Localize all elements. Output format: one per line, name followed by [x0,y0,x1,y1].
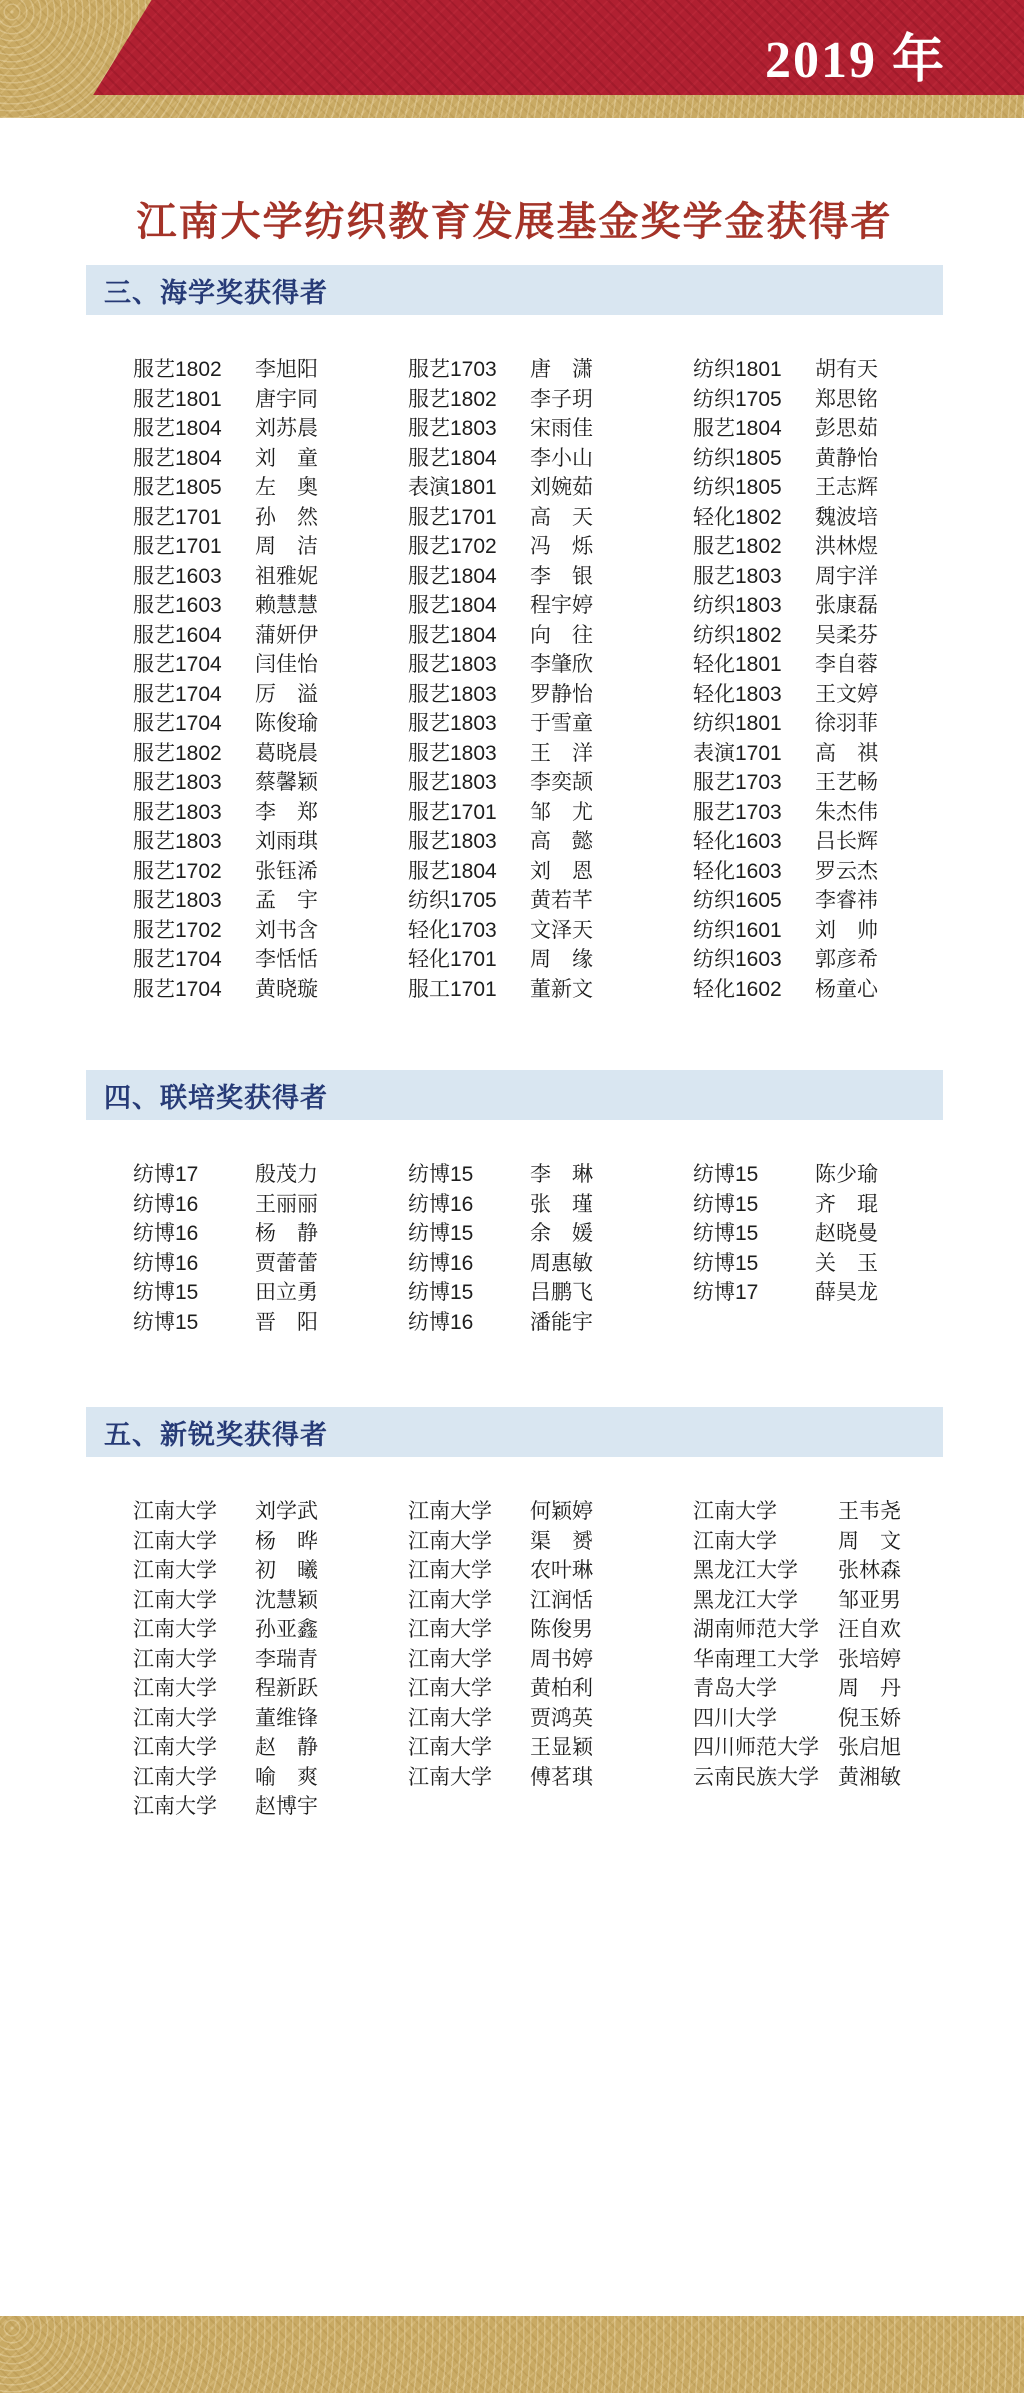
award-column: 纺博15李 琳纺博16张 瑾纺博15余 媛纺博16周惠敏纺博15吕鹏飞纺博16潘… [408,1160,693,1337]
recipient-row: 江南大学王显颖 [408,1733,693,1763]
recipient-row: 华南理工大学张培婷 [693,1645,943,1675]
page-title: 江南大学纺织教育发展基金奖学金获得者 [86,200,943,244]
class-cell: 江南大学 [693,1497,838,1527]
name-cell: 李睿祎 [815,889,878,912]
name-cell: 陈俊瑜 [255,712,318,735]
name-cell: 李 琳 [530,1163,593,1186]
recipient-row: 纺博15齐 琨 [693,1190,943,1220]
recipient-row: 云南民族大学黄湘敏 [693,1763,943,1793]
name-cell: 朱杰伟 [815,801,878,824]
name-cell: 葛晓晨 [255,742,318,765]
recipient-row: 纺博17薛昊龙 [693,1278,943,1308]
award-table-haixue: 服艺1802李旭阳服艺1801唐宇同服艺1804刘苏晨服艺1804刘 童服艺18… [86,355,943,1004]
recipient-row: 纺织1801徐羽菲 [693,709,943,739]
recipient-row: 江南大学何颖婷 [408,1497,693,1527]
name-cell: 刘 恩 [530,860,593,883]
name-cell: 王文婷 [815,683,878,706]
name-cell: 刘 童 [255,447,318,470]
class-cell: 轻化1801 [693,650,815,680]
class-cell: 纺织1805 [693,473,815,503]
name-cell: 汪自欢 [838,1618,901,1641]
recipient-row: 纺织1705黄若芊 [408,886,693,916]
class-cell: 江南大学 [408,1645,530,1675]
recipient-row: 纺织1803张康磊 [693,591,943,621]
class-cell: 服艺1704 [133,680,255,710]
name-cell: 赵 静 [255,1736,318,1759]
name-cell: 闫佳怡 [255,653,318,676]
name-cell: 周 缘 [530,948,593,971]
recipient-row: 服艺1702张钰浠 [133,857,408,887]
name-cell: 徐羽菲 [815,712,878,735]
name-cell: 喻 爽 [255,1766,318,1789]
class-cell: 江南大学 [133,1763,255,1793]
recipient-row: 江南大学程新跃 [133,1674,408,1704]
class-cell: 青岛大学 [693,1674,838,1704]
recipient-row: 轻化1802魏波培 [693,503,943,533]
class-cell: 纺博15 [408,1160,530,1190]
recipient-row: 江南大学贾鸿英 [408,1704,693,1734]
class-cell: 江南大学 [408,1586,530,1616]
name-cell: 刘 帅 [815,919,878,942]
name-cell: 渠 赟 [530,1530,593,1553]
name-cell: 洪林煜 [815,535,878,558]
name-cell: 张培婷 [838,1648,901,1671]
recipient-row: 服艺1603祖雅妮 [133,562,408,592]
class-cell: 江南大学 [408,1556,530,1586]
name-cell: 周宇洋 [815,565,878,588]
class-cell: 服艺1704 [133,945,255,975]
award-column: 江南大学刘学武江南大学杨 晔江南大学初 曦江南大学沈慧颖江南大学孙亚鑫江南大学李… [133,1497,408,1822]
class-cell: 服艺1802 [408,385,530,415]
class-cell: 服艺1702 [133,916,255,946]
name-cell: 程新跃 [255,1677,318,1700]
class-cell: 服艺1804 [408,444,530,474]
class-cell: 纺织1603 [693,945,815,975]
recipient-row: 服艺1804程宇婷 [408,591,693,621]
recipient-row: 服艺1802李旭阳 [133,355,408,385]
name-cell: 李 银 [530,565,593,588]
name-cell: 王艺畅 [815,771,878,794]
name-cell: 杨童心 [815,978,878,1001]
award-column: 纺织1801胡有天纺织1705郑思铭服艺1804彭思茹纺织1805黄静怡纺织18… [693,355,943,1004]
name-cell: 于雪童 [530,712,593,735]
class-cell: 江南大学 [408,1704,530,1734]
name-cell: 蒲妍伊 [255,624,318,647]
class-cell: 四川师范大学 [693,1733,838,1763]
class-cell: 纺博16 [133,1219,255,1249]
recipient-row: 服艺1702刘书含 [133,916,408,946]
class-cell: 服艺1704 [133,650,255,680]
name-cell: 杨 静 [255,1222,318,1245]
class-cell: 服艺1804 [408,591,530,621]
recipient-row: 服艺1703朱杰伟 [693,798,943,828]
name-cell: 董维锋 [255,1707,318,1730]
recipient-row: 服艺1803李奕颉 [408,768,693,798]
class-cell: 江南大学 [133,1792,255,1822]
class-cell: 服艺1703 [693,768,815,798]
section-bar-haixue: 三、海学奖获得者 [86,265,943,315]
name-cell: 吕鹏飞 [530,1281,593,1304]
name-cell: 周 丹 [838,1677,901,1700]
name-cell: 潘能宇 [530,1311,593,1334]
class-cell: 黑龙江大学 [693,1556,838,1586]
award-column: 纺博17殷茂力纺博16王丽丽纺博16杨 静纺博16贾蕾蕾纺博15田立勇纺博15晋… [133,1160,408,1337]
name-cell: 黄柏利 [530,1677,593,1700]
class-cell: 服艺1803 [693,562,815,592]
name-cell: 殷茂力 [255,1163,318,1186]
class-cell: 服艺1803 [133,827,255,857]
recipient-row: 服艺1803罗静怡 [408,680,693,710]
class-cell: 服艺1702 [408,532,530,562]
recipient-row: 服艺1804刘 童 [133,444,408,474]
name-cell: 文泽天 [530,919,593,942]
recipient-row: 服艺1604蒲妍伊 [133,621,408,651]
name-cell: 黄晓璇 [255,978,318,1001]
name-cell: 冯 烁 [530,535,593,558]
class-cell: 纺织1705 [408,886,530,916]
class-cell: 纺博17 [133,1160,255,1190]
recipient-row: 表演1801刘婉茹 [408,473,693,503]
name-cell: 赵博宇 [255,1795,318,1818]
class-cell: 服艺1702 [133,857,255,887]
class-cell: 服艺1803 [133,768,255,798]
class-cell: 服艺1803 [408,709,530,739]
name-cell: 陈俊男 [530,1618,593,1641]
name-cell: 刘雨琪 [255,830,318,853]
recipient-row: 服艺1802洪林煜 [693,532,943,562]
class-cell: 纺博15 [693,1249,815,1279]
name-cell: 高 祺 [815,742,878,765]
recipient-row: 服艺1803于雪童 [408,709,693,739]
name-cell: 李恬恬 [255,948,318,971]
class-cell: 纺织1801 [693,355,815,385]
name-cell: 黄若芊 [530,889,593,912]
class-cell: 服艺1803 [133,798,255,828]
recipient-row: 轻化1703文泽天 [408,916,693,946]
recipient-row: 四川大学倪玉娇 [693,1704,943,1734]
recipient-row: 江南大学喻 爽 [133,1763,408,1793]
name-cell: 邹 尤 [530,801,593,824]
name-cell: 吴柔芬 [815,624,878,647]
name-cell: 农叶琳 [530,1559,593,1582]
recipient-row: 江南大学江润恬 [408,1586,693,1616]
name-cell: 沈慧颖 [255,1589,318,1612]
name-cell: 李瑞青 [255,1648,318,1671]
recipient-row: 纺博15李 琳 [408,1160,693,1190]
class-cell: 江南大学 [133,1674,255,1704]
class-cell: 服艺1803 [133,886,255,916]
header-red-ribbon: 2019 年 [0,0,1024,95]
name-cell: 田立勇 [255,1281,318,1304]
name-cell: 刘学武 [255,1500,318,1523]
name-cell: 关 玉 [815,1252,878,1275]
name-cell: 周惠敏 [530,1252,593,1275]
recipient-row: 纺织1705郑思铭 [693,385,943,415]
name-cell: 唐宇同 [255,388,318,411]
class-cell: 江南大学 [133,1704,255,1734]
recipient-row: 服艺1803宋雨佳 [408,414,693,444]
recipient-row: 黑龙江大学张林森 [693,1556,943,1586]
name-cell: 刘苏晨 [255,417,318,440]
class-cell: 服艺1603 [133,562,255,592]
class-cell: 纺织1805 [693,444,815,474]
name-cell: 李肇欣 [530,653,593,676]
name-cell: 初 曦 [255,1559,318,1582]
recipient-row: 纺博15余 媛 [408,1219,693,1249]
recipient-row: 服艺1804李 银 [408,562,693,592]
recipient-row: 服艺1701高 天 [408,503,693,533]
recipient-row: 江南大学王韦尧 [693,1497,943,1527]
class-cell: 纺博16 [408,1249,530,1279]
class-cell: 服艺1804 [693,414,815,444]
recipient-row: 江南大学黄柏利 [408,1674,693,1704]
class-cell: 纺博15 [133,1278,255,1308]
name-cell: 程宇婷 [530,594,593,617]
name-cell: 蔡馨颖 [255,771,318,794]
recipient-row: 纺博16潘能宇 [408,1308,693,1338]
name-cell: 厉 溢 [255,683,318,706]
name-cell: 贾鸿英 [530,1707,593,1730]
recipient-row: 服艺1803李肇欣 [408,650,693,680]
recipient-row: 纺织1603郭彦希 [693,945,943,975]
name-cell: 赵晓曼 [815,1222,878,1245]
recipient-row: 服艺1801唐宇同 [133,385,408,415]
name-cell: 周 洁 [255,535,318,558]
recipient-row: 江南大学孙亚鑫 [133,1615,408,1645]
class-cell: 纺博17 [693,1278,815,1308]
name-cell: 齐 琨 [815,1193,878,1216]
class-cell: 服艺1703 [408,355,530,385]
recipient-row: 黑龙江大学邹亚男 [693,1586,943,1616]
class-cell: 纺博15 [693,1190,815,1220]
recipient-row: 轻化1602杨童心 [693,975,943,1005]
class-cell: 服艺1804 [408,621,530,651]
name-cell: 李子玥 [530,388,593,411]
recipient-row: 服艺1803高 懿 [408,827,693,857]
name-cell: 李自蓉 [815,653,878,676]
name-cell: 晋 阳 [255,1311,318,1334]
class-cell: 服艺1805 [133,473,255,503]
name-cell: 何颖婷 [530,1500,593,1523]
class-cell: 轻化1803 [693,680,815,710]
name-cell: 左 奥 [255,476,318,499]
award-column: 江南大学何颖婷江南大学渠 赟江南大学农叶琳江南大学江润恬江南大学陈俊男江南大学周… [408,1497,693,1822]
award-table-xinrui: 江南大学刘学武江南大学杨 晔江南大学初 曦江南大学沈慧颖江南大学孙亚鑫江南大学李… [86,1497,943,1822]
class-cell: 轻化1602 [693,975,815,1005]
award-column: 纺博15陈少瑜纺博15齐 琨纺博15赵晓曼纺博15关 玉纺博17薛昊龙 [693,1160,943,1337]
recipient-row: 江南大学李瑞青 [133,1645,408,1675]
name-cell: 张林森 [838,1559,901,1582]
class-cell: 服艺1803 [408,680,530,710]
recipient-row: 江南大学傅茗琪 [408,1763,693,1793]
recipient-row: 纺博15赵晓曼 [693,1219,943,1249]
class-cell: 纺博15 [133,1308,255,1338]
class-cell: 服艺1603 [133,591,255,621]
recipient-row: 服艺1704黄晓璇 [133,975,408,1005]
recipient-row: 轻化1801李自蓉 [693,650,943,680]
class-cell: 华南理工大学 [693,1645,838,1675]
recipient-row: 纺织1601刘 帅 [693,916,943,946]
recipient-row: 江南大学杨 晔 [133,1527,408,1557]
class-cell: 纺织1705 [693,385,815,415]
class-cell: 江南大学 [133,1527,255,1557]
recipient-row: 江南大学渠 赟 [408,1527,693,1557]
recipient-row: 江南大学沈慧颖 [133,1586,408,1616]
recipient-row: 服艺1804彭思茹 [693,414,943,444]
class-cell: 轻化1802 [693,503,815,533]
name-cell: 李旭阳 [255,358,318,381]
award-column: 服艺1703唐 潇服艺1802李子玥服艺1803宋雨佳服艺1804李小山表演18… [408,355,693,1004]
name-cell: 邹亚男 [838,1589,901,1612]
class-cell: 服艺1701 [133,503,255,533]
class-cell: 纺博15 [408,1278,530,1308]
recipient-row: 纺博15陈少瑜 [693,1160,943,1190]
recipient-row: 服艺1805左 奥 [133,473,408,503]
name-cell: 薛昊龙 [815,1281,878,1304]
class-cell: 湖南师范大学 [693,1615,838,1645]
name-cell: 罗云杰 [815,860,878,883]
class-cell: 江南大学 [408,1615,530,1645]
header-banner: 2019 年 [0,0,1024,118]
class-cell: 纺博15 [693,1219,815,1249]
name-cell: 李小山 [530,447,593,470]
class-cell: 江南大学 [133,1615,255,1645]
name-cell: 王显颖 [530,1736,593,1759]
class-cell: 江南大学 [408,1733,530,1763]
recipient-row: 江南大学初 曦 [133,1556,408,1586]
name-cell: 余 媛 [530,1222,593,1245]
class-cell: 轻化1603 [693,857,815,887]
name-cell: 江润恬 [530,1589,593,1612]
name-cell: 孟 宇 [255,889,318,912]
name-cell: 刘婉茹 [530,476,593,499]
section-heading-lianpei: 四、联培奖获得者 [104,1076,328,1115]
recipient-row: 服艺1803王 洋 [408,739,693,769]
recipient-row: 纺博16周惠敏 [408,1249,693,1279]
recipient-row: 纺博16贾蕾蕾 [133,1249,408,1279]
name-cell: 郭彦希 [815,948,878,971]
recipient-row: 纺博16杨 静 [133,1219,408,1249]
class-cell: 轻化1701 [408,945,530,975]
class-cell: 黑龙江大学 [693,1586,838,1616]
class-cell: 江南大学 [408,1763,530,1793]
class-cell: 纺织1803 [693,591,815,621]
class-cell: 服艺1801 [133,385,255,415]
recipient-row: 服艺1802李子玥 [408,385,693,415]
class-cell: 纺织1801 [693,709,815,739]
recipient-row: 轻化1701周 缘 [408,945,693,975]
name-cell: 董新文 [530,978,593,1001]
class-cell: 纺博16 [408,1190,530,1220]
award-table-lianpei: 纺博17殷茂力纺博16王丽丽纺博16杨 静纺博16贾蕾蕾纺博15田立勇纺博15晋… [86,1160,943,1337]
class-cell: 服艺1704 [133,709,255,739]
recipient-row: 服艺1703唐 潇 [408,355,693,385]
recipient-row: 服艺1701周 洁 [133,532,408,562]
class-cell: 江南大学 [408,1674,530,1704]
name-cell: 高 懿 [530,830,593,853]
recipient-row: 服艺1704厉 溢 [133,680,408,710]
recipient-row: 轻化1603吕长辉 [693,827,943,857]
recipient-row: 服艺1803刘雨琪 [133,827,408,857]
recipient-row: 纺博17殷茂力 [133,1160,408,1190]
name-cell: 胡有天 [815,358,878,381]
recipient-row: 纺博15晋 阳 [133,1308,408,1338]
award-column: 江南大学王韦尧江南大学周 文黑龙江大学张林森黑龙江大学邹亚男湖南师范大学汪自欢华… [693,1497,943,1822]
name-cell: 王 洋 [530,742,593,765]
name-cell: 祖雅妮 [255,565,318,588]
class-cell: 江南大学 [133,1733,255,1763]
recipient-row: 江南大学陈俊男 [408,1615,693,1645]
name-cell: 张 瑾 [530,1193,593,1216]
recipient-row: 纺博15田立勇 [133,1278,408,1308]
name-cell: 李 郑 [255,801,318,824]
class-cell: 江南大学 [133,1497,255,1527]
class-cell: 服艺1803 [408,768,530,798]
recipient-row: 服艺1803孟 宇 [133,886,408,916]
recipient-row: 江南大学刘学武 [133,1497,408,1527]
class-cell: 轻化1703 [408,916,530,946]
class-cell: 服艺1803 [408,739,530,769]
recipient-row: 纺织1605李睿祎 [693,886,943,916]
document-body: 江南大学纺织教育发展基金奖学金获得者 三、海学奖获得者 服艺1802李旭阳服艺1… [86,200,943,1822]
class-cell: 纺织1601 [693,916,815,946]
recipient-row: 纺织1805王志辉 [693,473,943,503]
class-cell: 纺织1802 [693,621,815,651]
name-cell: 张康磊 [815,594,878,617]
class-cell: 表演1701 [693,739,815,769]
recipient-row: 江南大学周 文 [693,1527,943,1557]
name-cell: 刘书含 [255,919,318,942]
class-cell: 服艺1803 [408,650,530,680]
name-cell: 陈少瑜 [815,1163,878,1186]
class-cell: 江南大学 [133,1645,255,1675]
recipient-row: 江南大学赵 静 [133,1733,408,1763]
name-cell: 倪玉娇 [838,1707,901,1730]
section-heading-haixue: 三、海学奖获得者 [104,271,328,310]
name-cell: 孙亚鑫 [255,1618,318,1641]
class-cell: 服艺1804 [408,857,530,887]
recipient-row: 服艺1802葛晓晨 [133,739,408,769]
class-cell: 纺博15 [693,1160,815,1190]
class-cell: 服艺1803 [408,827,530,857]
class-cell: 江南大学 [693,1527,838,1557]
recipient-row: 服艺1804刘苏晨 [133,414,408,444]
name-cell: 张钰浠 [255,860,318,883]
recipient-row: 纺博15吕鹏飞 [408,1278,693,1308]
name-cell: 杨 晔 [255,1530,318,1553]
name-cell: 高 天 [530,506,593,529]
class-cell: 纺博16 [133,1249,255,1279]
section-bar-xinrui: 五、新锐奖获得者 [86,1407,943,1457]
recipient-row: 纺博16王丽丽 [133,1190,408,1220]
award-column: 服艺1802李旭阳服艺1801唐宇同服艺1804刘苏晨服艺1804刘 童服艺18… [133,355,408,1004]
name-cell: 向 往 [530,624,593,647]
recipient-row: 纺织1801胡有天 [693,355,943,385]
class-cell: 江南大学 [133,1586,255,1616]
class-cell: 四川大学 [693,1704,838,1734]
name-cell: 李奕颉 [530,771,593,794]
name-cell: 孙 然 [255,506,318,529]
recipient-row: 四川师范大学张启旭 [693,1733,943,1763]
recipient-row: 轻化1603罗云杰 [693,857,943,887]
name-cell: 傅茗琪 [530,1766,593,1789]
class-cell: 服艺1703 [693,798,815,828]
recipient-row: 服艺1704闫佳怡 [133,650,408,680]
class-cell: 纺博15 [408,1219,530,1249]
recipient-row: 纺织1805黄静怡 [693,444,943,474]
class-cell: 纺织1605 [693,886,815,916]
class-cell: 服艺1802 [133,355,255,385]
